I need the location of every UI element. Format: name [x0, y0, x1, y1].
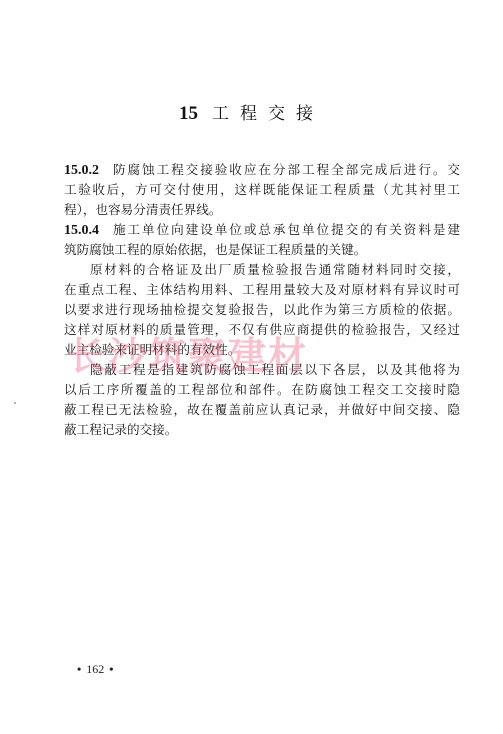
clause-number: 15.0.2: [64, 163, 99, 178]
body-text: 15.0.2防腐蚀工程交接验收应在分部工程全部完成后进行。交 工验收后，方可交付…: [64, 160, 460, 440]
paragraph-concealed-line-1: 隐蔽工程是指建筑防腐蚀工程面层以下各层，以及其他将为: [64, 360, 460, 380]
clause-text: 施工单位向建设单位或总承包单位提交的有关资料是建: [111, 222, 460, 237]
page-number: •162•: [72, 662, 118, 677]
paragraph-materials-line-4: 这样对原材料的质量管理，不仅有供应商提供的检验报告，又经过: [64, 320, 460, 340]
paragraph-concealed-line-2: 以后工序所覆盖的工程部位和部件。在防腐蚀工程交工交接时隐: [64, 380, 460, 400]
paragraph-materials-line-3: 以要求进行现场抽检提交复验报告，以此作为第三方质检的依据。: [64, 300, 460, 320]
chapter-heading: 15工程交接: [0, 101, 503, 127]
page-number-value: 162: [86, 662, 104, 676]
paragraph-concealed-line-4: 蔽工程记录的交接。: [64, 420, 460, 440]
chapter-number: 15: [179, 103, 198, 124]
bullet-left: •: [72, 662, 86, 676]
clause-15-0-4-line-2: 筑防腐蚀工程的原始依据，也是保证工程质量的关键。: [64, 240, 460, 260]
paragraph-materials-line-2: 在重点工程、主体结构用料、工程用量较大及对原材料有异议时可: [64, 280, 460, 300]
paragraph-materials-line-5: 业主检验来证明材料的有效性。: [64, 340, 460, 360]
scan-speck: [14, 402, 16, 404]
clause-15-0-2-line-2: 工验收后，方可交付使用，这样既能保证工程质量（尤其衬里工: [64, 180, 460, 200]
paragraph-materials-line-1: 原材料的合格证及出厂质量检验报告通常随材料同时交接，: [64, 260, 460, 280]
clause-15-0-2-line-1: 15.0.2防腐蚀工程交接验收应在分部工程全部完成后进行。交: [64, 160, 460, 180]
clause-text: 防腐蚀工程交接验收应在分部工程全部完成后进行。交: [111, 162, 460, 177]
chapter-title: 工程交接: [212, 104, 324, 124]
clause-15-0-2-line-3: 程），也容易分清责任界线。: [64, 200, 460, 220]
paragraph-concealed-line-3: 蔽工程已无法检验，故在覆盖前应认真记录，并做好中间交接、隐: [64, 400, 460, 420]
clause-number: 15.0.4: [64, 223, 99, 238]
document-page: 15工程交接 15.0.2防腐蚀工程交接验收应在分部工程全部完成后进行。交 工验…: [0, 0, 503, 734]
bullet-right: •: [104, 662, 118, 676]
clause-15-0-4-line-1: 15.0.4施工单位向建设单位或总承包单位提交的有关资料是建: [64, 220, 460, 240]
